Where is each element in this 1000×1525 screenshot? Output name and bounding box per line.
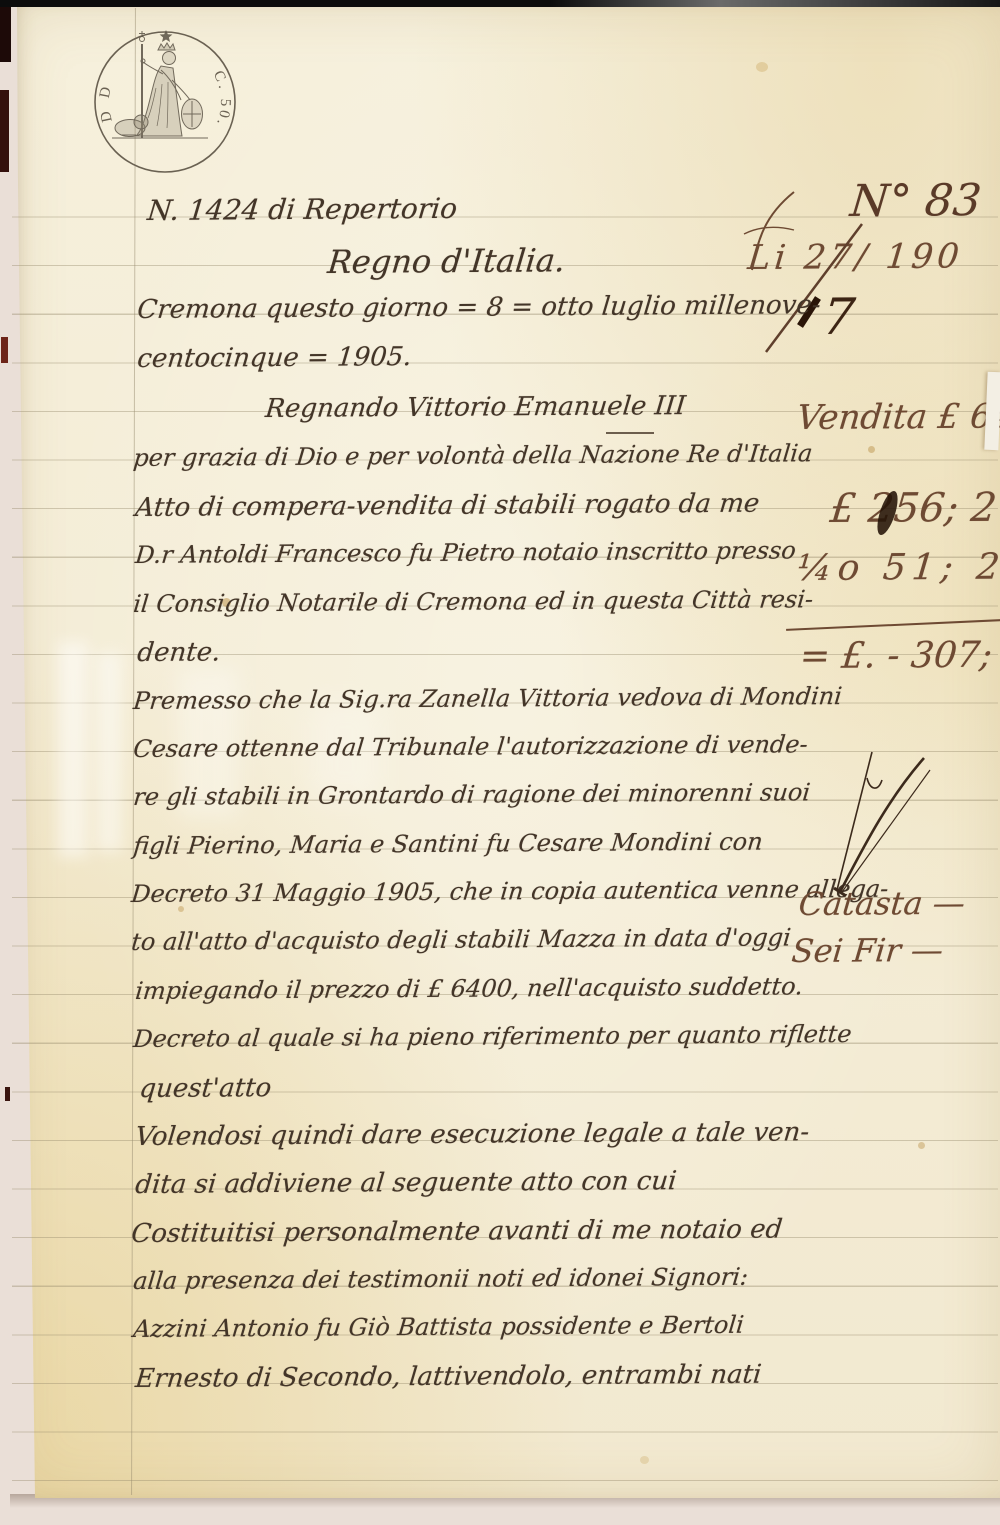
- manuscript-line: to all'atto d'acquisto degli stabili Maz…: [130, 923, 792, 956]
- left-edge-patch: [1, 337, 8, 363]
- manuscript-line: Ernesto di Secondo, lattivendolo, entram…: [134, 1360, 763, 1394]
- quill-mark-icon: [812, 740, 942, 898]
- manuscript-line: impiegando il prezzo di £ 6400, nell'acq…: [134, 972, 804, 1005]
- revenue-stamp-icon: D D C. 50.: [78, 18, 252, 188]
- manuscript-line: Regnando Vittorio Emanuele III: [264, 391, 687, 424]
- repertory-number: N. 1424 di Repertorio: [146, 192, 459, 227]
- manuscript-line: Costituitisi personalmente avanti di me …: [130, 1214, 784, 1249]
- foxing-spot: [918, 1142, 925, 1149]
- manuscript-line: Azzini Antonio fu Giò Battista possident…: [132, 1311, 745, 1343]
- left-edge-patch: [5, 1087, 10, 1101]
- foxing-spot: [640, 1456, 649, 1464]
- margin-note-sale: Vendita £ 64: [795, 396, 1000, 438]
- manuscript-line: dente.: [136, 637, 222, 668]
- margin-note-catasto: Catasta —: [797, 884, 967, 923]
- watermark-ghost: [96, 652, 122, 852]
- act-number: N° 83: [848, 175, 984, 227]
- underline-stroke: [606, 432, 654, 434]
- manuscript-line: Cesare ottenne dal Tribunale l'autorizza…: [132, 730, 809, 763]
- date-slash-stroke: [756, 216, 868, 356]
- manuscript-line: Regno d'Italia.: [326, 241, 567, 281]
- scanned-document-photo: D D C. 50. N. 1424 di Repertorio N° 83 L…: [0, 0, 1000, 1525]
- manuscript-line: figli Pierino, Maria e Santini fu Cesare…: [132, 828, 764, 860]
- left-edge-patch: [0, 0, 11, 62]
- foxing-spot: [868, 446, 875, 453]
- svg-text:D D: D D: [97, 82, 116, 124]
- manuscript-line: Decreto al quale si ha pieno riferimento…: [132, 1020, 853, 1053]
- margin-note-2: Sei Fir —: [790, 931, 945, 970]
- manuscript-line: Cremona questo giorno = 8 = otto luglio …: [136, 290, 822, 325]
- stamp-denomination: C. 50.: [210, 68, 233, 130]
- manuscript-line: per grazia di Dio e per volontà della Na…: [132, 439, 814, 472]
- manuscript-line: dita si addiviene al seguente atto con c…: [134, 1166, 678, 1200]
- watermark-ghost: [58, 642, 88, 857]
- scan-top-edge: [0, 0, 1000, 7]
- manuscript-line: Atto di compera-vendita di stabili rogat…: [134, 489, 761, 523]
- margin-note-tax2: ¼o 51; 2: [795, 547, 1000, 589]
- margin-note-tax: £ 256; 2: [828, 485, 999, 532]
- manuscript-line: re gli stabili in Grontardo di ragione d…: [132, 778, 812, 811]
- manuscript-line: centocinque = 1905.: [136, 342, 413, 374]
- manuscript-line: alla presenza dei testimonii noti ed ido…: [132, 1263, 750, 1295]
- stamp-left-letters: D D: [97, 82, 116, 124]
- manuscript-line: D.r Antoldi Francesco fu Pietro notaio i…: [134, 536, 797, 569]
- manuscript-line: Premesso che la Sig.ra Zanella Vittoria …: [132, 682, 843, 715]
- manuscript-line: Decreto 31 Maggio 1905, che in copia aut…: [130, 875, 890, 908]
- manuscript-line: quest'atto: [138, 1073, 273, 1104]
- margin-note-total: = £. - 307; 2: [798, 634, 1000, 677]
- manuscript-line: il Consiglio Notarile di Cremona ed in q…: [132, 585, 815, 618]
- svg-text:C. 50.: C. 50.: [210, 68, 233, 130]
- foxing-spot: [756, 62, 768, 72]
- torn-paper-edge: [984, 372, 1000, 451]
- left-edge-patch: [0, 90, 9, 172]
- manuscript-line: Volendosi quindi dare esecuzione legale …: [134, 1117, 811, 1152]
